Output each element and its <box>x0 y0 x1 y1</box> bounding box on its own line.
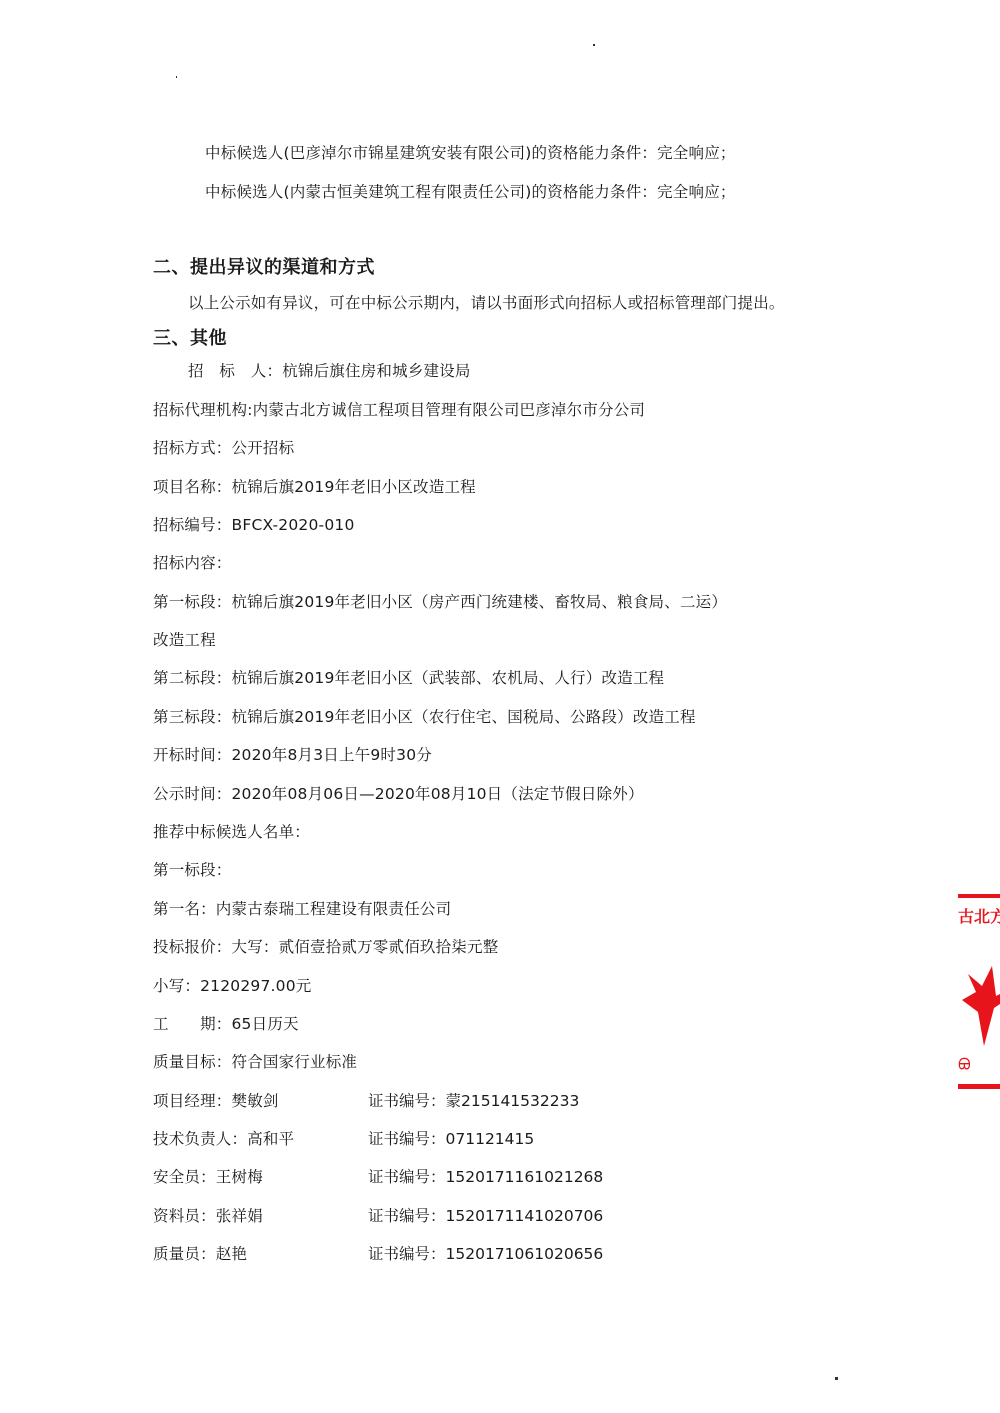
personnel-role: 质量员：赵艳 <box>153 1244 247 1264</box>
scan-speck <box>593 44 595 46</box>
scan-speck <box>835 1377 838 1380</box>
personnel-cert: 证书编号：1520171141020706 <box>368 1206 603 1226</box>
lot1-label: 第一标段： <box>153 860 232 880</box>
scan-speck <box>176 76 177 78</box>
bid-opening-time: 开标时间：2020年8月3日上午9时30分 <box>153 745 432 765</box>
qualification-line-1: 中标候选人(巴彦淖尔市锦星建筑安装有限公司)的资格能力条件：完全响应； <box>205 143 736 163</box>
tender-content-label: 招标内容： <box>153 553 232 573</box>
objection-text: 以上公示如有异议，可在中标公示期内，请以书面形式向招标人或招标管理部门提出。 <box>188 293 785 313</box>
personnel-cert: 证书编号：071121415 <box>368 1129 534 1149</box>
seal-star-icon: 古北方 ᠪᠣ <box>950 888 1000 1098</box>
qualification-line-2: 中标候选人(内蒙古恒美建筑工程有限责任公司)的资格能力条件：完全响应； <box>205 182 736 202</box>
tender-method: 招标方式：公开招标 <box>153 438 294 458</box>
first-place-company: 第一名：内蒙古泰瑞工程建设有限责任公司 <box>153 899 451 919</box>
section3-heading: 三、其他 <box>153 328 227 350</box>
publicity-period: 公示时间：2020年08月06日—2020年08月10日（法定节假日除外） <box>153 784 644 804</box>
tender-number: 招标编号：BFCX-2020-010 <box>153 515 355 535</box>
lot2-description: 第二标段：杭锦后旗2019年老旧小区（武装部、农机局、人行）改造工程 <box>153 668 664 688</box>
bid-price-uppercase: 投标报价：大写：贰佰壹拾贰万零贰佰玖拾柒元整 <box>153 937 498 957</box>
tender-agency: 招标代理机构:内蒙古北方诚信工程项目管理有限公司巴彦淖尔市分公司 <box>153 400 645 420</box>
lot1-description: 第一标段：杭锦后旗2019年老旧小区（房产西门统建楼、畜牧局、粮食局、二运） <box>153 592 727 612</box>
personnel-role: 资料员：张祥娟 <box>153 1206 263 1226</box>
personnel-role: 技术负责人：高和平 <box>153 1129 294 1149</box>
personnel-role: 项目经理：樊敏剑 <box>153 1091 279 1111</box>
section2-heading: 二、提出异议的渠道和方式 <box>153 257 375 279</box>
tenderer: 招 标 人：杭锦后旗住房和城乡建设局 <box>188 361 471 381</box>
svg-text:古北方: 古北方 <box>958 907 1000 926</box>
project-name: 项目名称：杭锦后旗2019年老旧小区改造工程 <box>153 477 476 497</box>
lot3-description: 第三标段：杭锦后旗2019年老旧小区（农行住宅、国税局、公路段）改造工程 <box>153 707 696 727</box>
lot1-description-cont: 改造工程 <box>153 630 216 650</box>
construction-duration: 工 期：65日历天 <box>153 1014 299 1034</box>
document-page: 中标候选人(巴彦淖尔市锦星建筑安装有限公司)的资格能力条件：完全响应； 中标候选… <box>0 0 1000 1413</box>
personnel-cert: 证书编号：蒙215141532233 <box>368 1091 579 1111</box>
company-seal: 古北方 ᠪᠣ <box>950 888 1000 1098</box>
quality-target: 质量目标：符合国家行业标准 <box>153 1052 357 1072</box>
recommended-candidates-label: 推荐中标候选人名单： <box>153 822 310 842</box>
svg-text:ᠪᠣ: ᠪᠣ <box>958 1055 971 1074</box>
bid-price-numeric: 小写：2120297.00元 <box>153 976 311 996</box>
personnel-cert: 证书编号：1520171061020656 <box>368 1244 603 1264</box>
personnel-cert: 证书编号：1520171161021268 <box>368 1167 603 1187</box>
personnel-role: 安全员：王树梅 <box>153 1167 263 1187</box>
